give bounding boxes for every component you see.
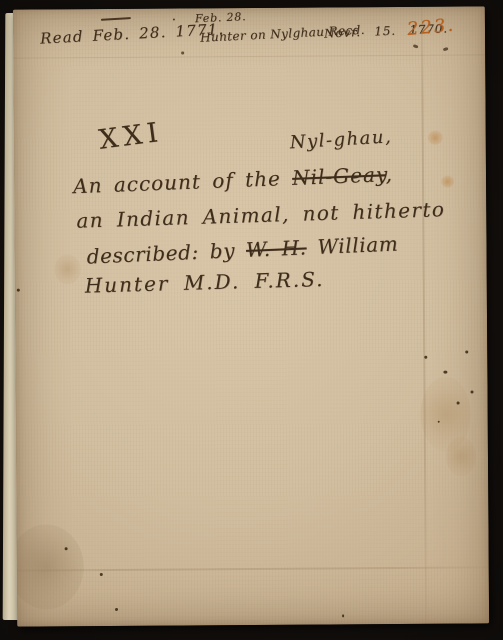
ink-smudge — [13, 524, 84, 610]
page-number: 223. — [406, 15, 456, 40]
section-numeral: XXI — [97, 117, 165, 156]
foxing-stain — [441, 176, 454, 188]
vertical-fold-crease — [421, 7, 427, 624]
horizontal-fold-crease — [17, 566, 489, 571]
docket-date-annotation: Feb. 28. — [195, 10, 247, 25]
struck-word-nil-geay: Nil-Geay — [292, 162, 386, 190]
manuscript-page: Read Feb. 28. 1771. Feb. 28. Hunter on N… — [13, 6, 489, 626]
title-line-3: described: by W. H. William — [86, 232, 399, 269]
pen-dash-mark — [101, 17, 131, 21]
pen-mark — [443, 47, 449, 51]
title-line-1: An account of the Nil-Geay, — [73, 162, 394, 198]
title-line-3-text: described: by — [86, 238, 246, 269]
pen-mark — [413, 44, 419, 49]
foxing-stain — [428, 131, 443, 145]
foxing-stain — [55, 254, 81, 284]
title-line-2: an Indian Animal, not hitherto — [76, 197, 446, 233]
struck-initials-wh: W. H. — [245, 235, 307, 262]
title-line-4: Hunter M.D. F.R.S. — [84, 267, 324, 298]
header-crease — [13, 54, 485, 58]
title-line-3-end: William — [306, 232, 399, 260]
foxing-stain — [446, 436, 476, 476]
title-line-1-text: An account of the — [73, 166, 293, 198]
inserted-word: Nyl-ghau, — [289, 126, 392, 153]
manuscript-photo: Read Feb. 28. 1771. Feb. 28. Hunter on N… — [0, 0, 503, 640]
title-line-1-comma: , — [385, 162, 393, 186]
pen-mark — [181, 51, 184, 54]
